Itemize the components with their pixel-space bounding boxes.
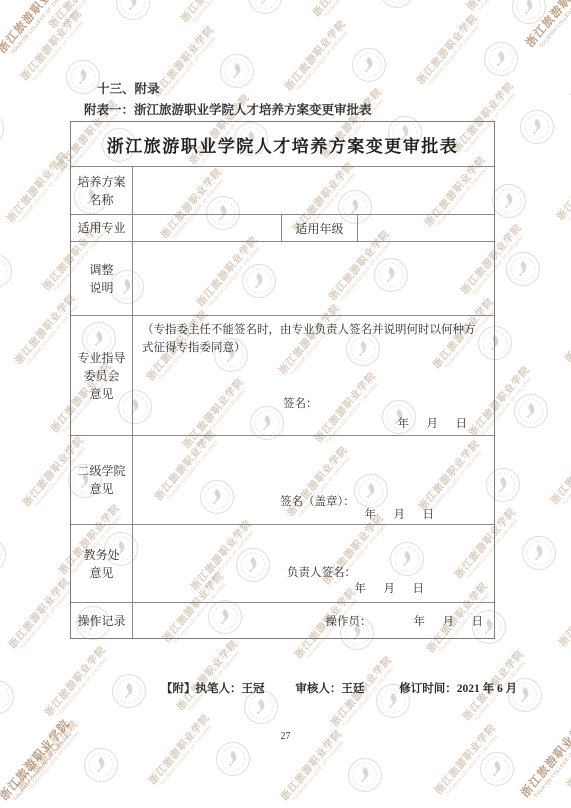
section-heading: 十三、附录	[97, 79, 160, 97]
row-committee-opinion: 专业指导 委员会 意见 （专指委主任不能签名时，由专业负责人签名并说明何时以何种…	[71, 315, 494, 435]
committee-sign-label: 签名：	[283, 395, 318, 411]
adjustment-field	[133, 242, 494, 315]
grade-field	[358, 215, 494, 241]
adjustment-label: 调整 说明	[71, 242, 133, 315]
row-academic-opinion: 教务处 意见 负责人签名： 年 月 日	[71, 524, 494, 602]
row-college-opinion: 二级学院 意见 签名（盖章）： 年 月 日	[71, 435, 494, 524]
page-number: 27	[0, 731, 571, 742]
committee-field: （专指委主任不能签名时，由专业负责人签名并说明何时以何种方式征得专指委同意） 签…	[133, 316, 494, 435]
record-field: 操作员： 年 月 日	[133, 603, 494, 638]
plan-name-field	[133, 167, 494, 214]
committee-note: （专指委主任不能签名时，由专业负责人签名并说明何时以何种方式征得专指委同意）	[133, 316, 494, 358]
grade-label: 适用年级	[281, 215, 358, 241]
academic-field: 负责人签名： 年 月 日	[133, 525, 494, 602]
table-caption: 附表一：浙江旅游职业学院人才培养方案变更审批表	[84, 100, 372, 118]
major-field	[133, 215, 281, 241]
record-date-label: 年 月 日	[414, 613, 487, 629]
plan-name-label: 培养方案 名称	[71, 167, 133, 214]
record-label: 操作记录	[71, 603, 133, 638]
table-title: 浙江旅游职业学院人才培养方案变更审批表	[107, 132, 459, 157]
college-sign-label: 签名（盖章）：	[280, 493, 355, 509]
operator-label: 操作员：	[326, 613, 372, 629]
footer-reviewer: 审核人：王廷	[295, 683, 364, 695]
approval-table: 浙江旅游职业学院人才培养方案变更审批表 培养方案 名称 适用专业 适用年级 调整…	[70, 121, 495, 639]
row-applicable: 适用专业 适用年级	[71, 214, 494, 241]
doc-footer: 【附】执笔人：王冠 审核人：王廷 修订时间：2021 年 6 月	[161, 680, 517, 696]
college-field: 签名（盖章）： 年 月 日	[133, 436, 494, 524]
college-label: 二级学院 意见	[71, 436, 133, 524]
footer-author: 【附】执笔人：王冠	[161, 683, 265, 695]
table-title-row: 浙江旅游职业学院人才培养方案变更审批表	[71, 122, 494, 166]
committee-label: 专业指导 委员会 意见	[71, 316, 133, 435]
committee-date-label: 年 月 日	[398, 415, 471, 431]
footer-revision: 修订时间：2021 年 6 月	[399, 683, 517, 695]
major-label: 适用专业	[71, 215, 133, 241]
academic-sign-label: 负责人签名：	[287, 564, 356, 580]
row-adjustment: 调整 说明	[71, 241, 494, 315]
academic-label: 教务处 意见	[71, 525, 133, 602]
page-content: 十三、附录 附表一：浙江旅游职业学院人才培养方案变更审批表 浙江旅游职业学院人才…	[0, 0, 571, 808]
document-page: 浙江旅游职业学院TOURISM COLLEGE OF ZHEJIANG浙江旅游职…	[0, 0, 571, 808]
row-operation-record: 操作记录 操作员： 年 月 日	[71, 602, 494, 638]
academic-date-label: 年 月 日	[355, 580, 428, 596]
college-date-label: 年 月 日	[365, 506, 438, 522]
row-plan-name: 培养方案 名称	[71, 166, 494, 214]
